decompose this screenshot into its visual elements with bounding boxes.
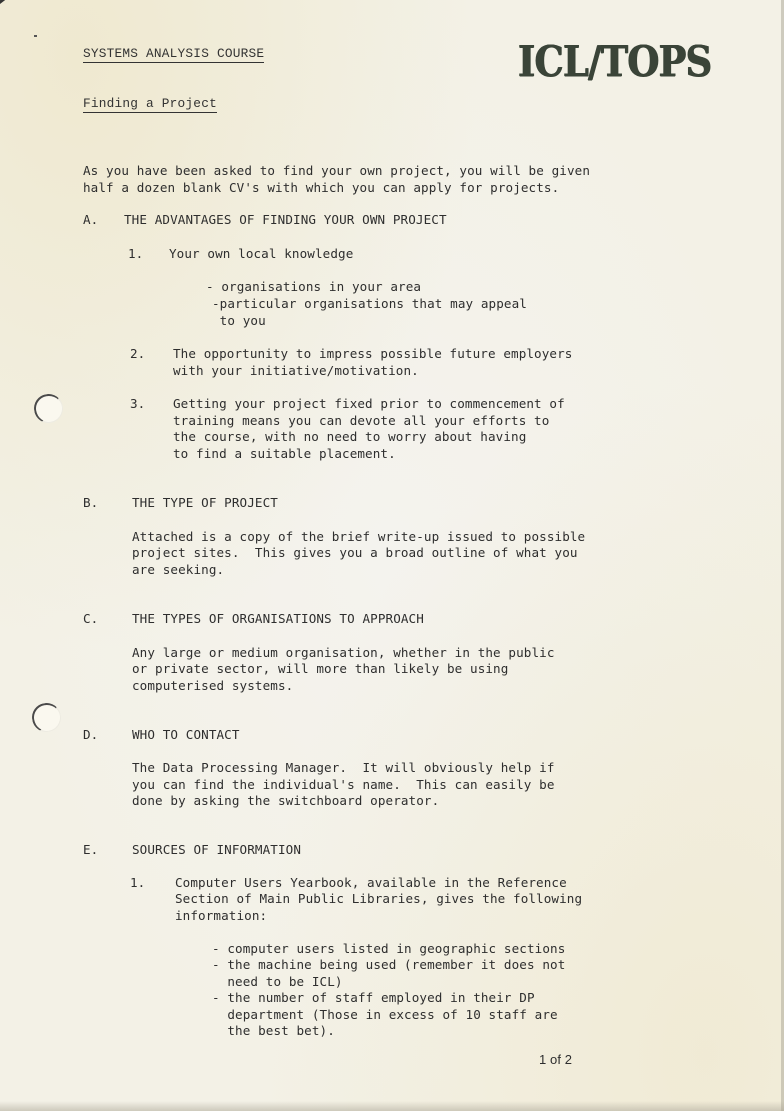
section-a-item-3-line-3: the course, with no need to worry about … [173,429,526,446]
section-e-heading: SOURCES OF INFORMATION [132,842,301,859]
section-b-heading: THE TYPE OF PROJECT [132,495,278,512]
section-e-item-1-line-2: Section of Main Public Libraries, gives … [175,891,582,908]
section-e-bullet-2-line-1: - the machine being used (remember it do… [212,957,565,974]
intro-line-1: As you have been asked to find your own … [83,163,590,180]
section-a-letter: A. [83,212,98,229]
section-e-letter: E. [83,842,98,859]
course-title: SYSTEMS ANALYSIS COURSE [83,47,264,63]
section-c-line-3: computerised systems. [132,678,293,695]
ink-speck [34,35,37,37]
section-a-item-1-bullet-2: -particular organisations that may appea… [212,296,527,313]
section-b-line-3: are seeking. [132,562,224,579]
section-d-line-3: done by asking the switchboard operator. [132,793,439,810]
intro-line-2: half a dozen blank CV's with which you c… [83,180,559,197]
page-indicator: 1 of 2 [539,1052,572,1069]
section-c-letter: C. [83,611,98,628]
section-a-item-2-number: 2. [130,346,145,363]
section-a-item-3-number: 3. [130,396,145,413]
section-e-bullet-3-line-2: department (Those in excess of 10 staff … [212,1007,558,1024]
punch-hole-bottom [30,701,64,735]
document-title: Finding a Project [83,97,217,113]
section-a-item-2-line-2: with your initiative/motivation. [173,363,419,380]
section-b-line-2: project sites. This gives you a broad ou… [132,545,578,562]
section-a-item-1-bullet-1: - organisations in your area [206,279,421,296]
section-d-line-1: The Data Processing Manager. It will obv… [132,760,555,777]
section-a-item-2-line-1: The opportunity to impress possible futu… [173,346,572,363]
section-c-heading: THE TYPES OF ORGANISATIONS TO APPROACH [132,611,424,628]
page-bottom-edge [0,1101,784,1111]
section-b-letter: B. [83,495,98,512]
section-a-item-1-text: Your own local knowledge [169,246,353,263]
section-a-item-3-line-1: Getting your project fixed prior to comm… [173,396,565,413]
section-a-item-3-line-4: to find a suitable placement. [173,446,396,463]
section-a-item-1-number: 1. [128,246,143,263]
section-d-letter: D. [83,727,98,744]
section-e-bullet-2-line-2: need to be ICL) [212,974,343,991]
section-a-item-3-line-2: training means you can devote all your e… [173,413,549,430]
section-e-bullet-3-line-1: - the number of staff employed in their … [212,990,535,1007]
section-e-bullet-1: - computer users listed in geographic se… [212,941,565,958]
section-e-bullet-3-line-3: the best bet). [212,1023,335,1040]
section-a-item-1-bullet-2-cont: to you [212,313,266,330]
section-b-line-1: Attached is a copy of the brief write-up… [132,529,585,546]
icl-tops-logo: ICL/TOPS [518,40,711,84]
section-e-item-1-number: 1. [130,875,145,892]
pen-stroke-mark [0,0,10,21]
punch-hole-top [32,392,66,426]
section-e-item-1-line-1: Computer Users Yearbook, available in th… [175,875,567,892]
section-e-item-1-line-3: information: [175,908,267,925]
section-c-line-2: or private sector, will more than likely… [132,661,508,678]
section-d-line-2: you can find the individual's name. This… [132,777,555,794]
section-a-heading: THE ADVANTAGES OF FINDING YOUR OWN PROJE… [124,212,447,229]
section-c-line-1: Any large or medium organisation, whethe… [132,645,555,662]
section-d-heading: WHO TO CONTACT [132,727,240,744]
